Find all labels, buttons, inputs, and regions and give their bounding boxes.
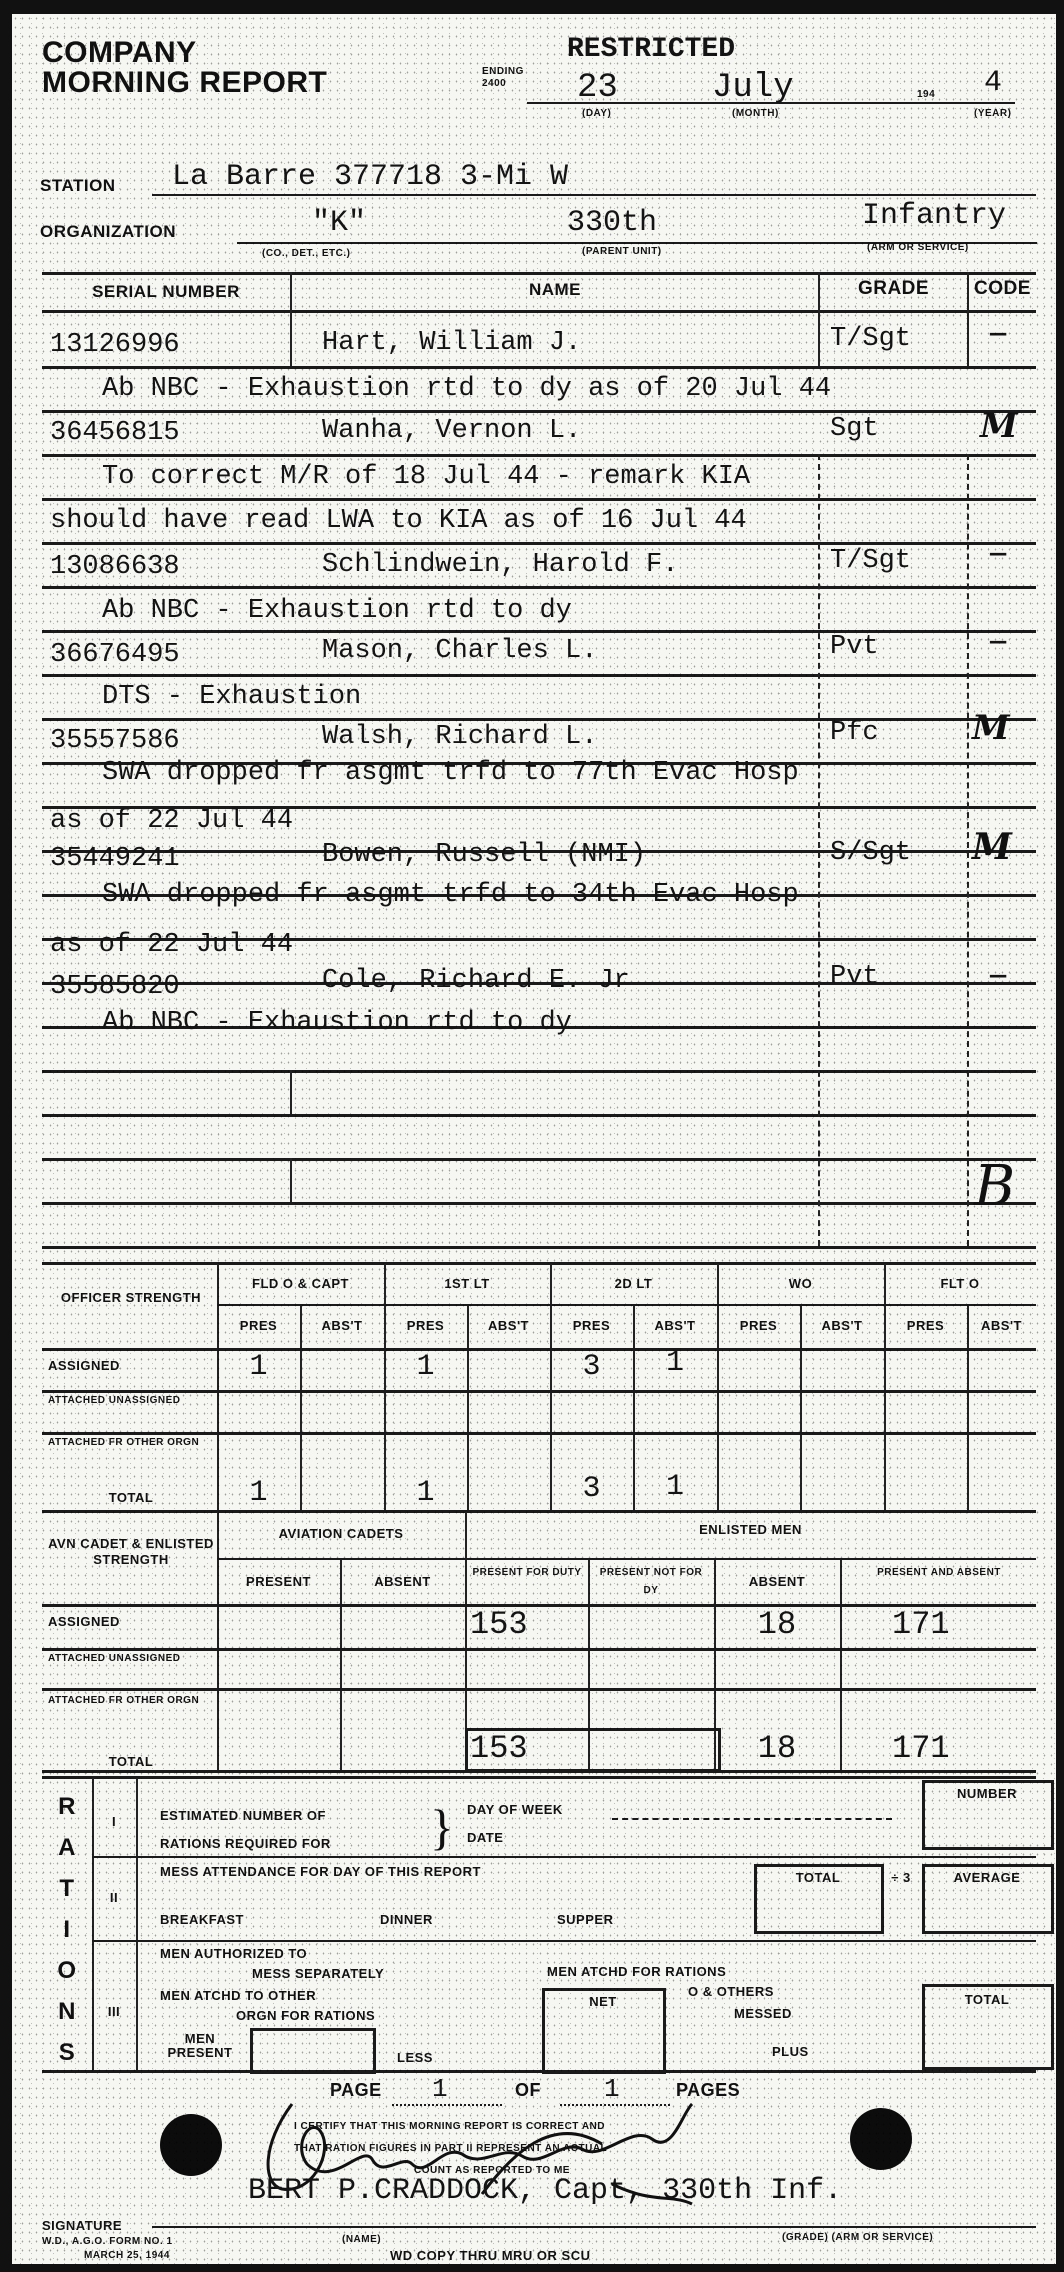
entry-remark: should have read LWA to KIA as of 16 Jul… xyxy=(50,506,747,536)
divider xyxy=(42,1510,1036,1513)
officer-assigned-value: 1 xyxy=(633,1346,717,1380)
organization-label: ORGANIZATION xyxy=(40,222,176,242)
rule-line xyxy=(42,1246,1036,1249)
entry-serial: 36456815 xyxy=(50,418,180,448)
officer-group-header: 1ST LT xyxy=(384,1276,550,1291)
officer-assigned-value: 1 xyxy=(384,1350,467,1384)
rule-line xyxy=(42,498,1036,501)
enlisted-strength-title: AVN CADET & ENLISTED STRENGTH xyxy=(46,1536,216,1568)
rule-line xyxy=(42,454,1036,457)
part-num: III xyxy=(92,2004,136,2019)
rule-line xyxy=(42,410,1036,413)
entry-remark: SWA dropped fr asgmt trfd to 77th Evac H… xyxy=(102,758,799,788)
rule-line xyxy=(42,542,1036,545)
subcol-abst: ABS'T xyxy=(467,1318,550,1333)
entry-code: M xyxy=(972,826,1012,868)
divider xyxy=(42,1432,1036,1435)
grade-caption: (GRADE) (ARM OR SERVICE) xyxy=(782,2232,933,2243)
rule-line xyxy=(42,366,1036,369)
rule-line xyxy=(42,586,1036,589)
supper-label: SUPPER xyxy=(557,1912,613,1927)
mess-separately-1: MEN AUTHORIZED TO xyxy=(160,1946,307,1961)
dinner-label: DINNER xyxy=(380,1912,433,1927)
entry-grade: Pvt xyxy=(830,632,879,662)
station-label: STATION xyxy=(40,176,116,196)
officer-assigned-value: 3 xyxy=(550,1350,633,1384)
report-month: July xyxy=(712,69,794,107)
officer-group-header: WO xyxy=(717,1276,884,1291)
officer-total-value: 1 xyxy=(217,1476,300,1510)
entry-code: — xyxy=(990,540,1006,570)
breakfast-label: BREAKFAST xyxy=(160,1912,244,1927)
rations-side-label: R A T I O N S xyxy=(42,1786,92,2073)
entry-serial: 35449241 xyxy=(50,844,180,874)
entry-code: M xyxy=(980,406,1018,446)
enlisted-group-header: ENLISTED MEN xyxy=(465,1522,1036,1537)
col-cadets-present: PRESENT xyxy=(217,1574,340,1589)
divider xyxy=(136,1778,138,2070)
entry-code: M xyxy=(972,708,1010,748)
entry-serial: 35557586 xyxy=(50,726,180,756)
col-present-and-absent: PRESENT AND ABSENT xyxy=(844,1564,1034,1582)
average-box-label: AVERAGE xyxy=(924,1870,1050,1885)
entry-serial: 36676495 xyxy=(50,640,180,670)
col-divider-name-lower xyxy=(818,454,820,1246)
divider xyxy=(800,1304,802,1510)
form-date: MARCH 25, 1944 xyxy=(84,2250,170,2261)
subcol-pres: PRES xyxy=(217,1318,300,1333)
entry-code: — xyxy=(990,628,1006,658)
form-number: W.D., A.G.O. FORM NO. 1 xyxy=(42,2236,173,2247)
divider xyxy=(42,1688,1036,1691)
officer-group-header: FLT O xyxy=(884,1276,1036,1291)
col-present-for-duty: PRESENT FOR DUTY xyxy=(470,1564,584,1582)
divider xyxy=(467,1304,469,1510)
entry-remark: Ab NBC - Exhaustion rtd to dy xyxy=(102,596,572,626)
divider xyxy=(340,1558,342,1770)
row-label-total: TOTAL xyxy=(46,1754,216,1769)
divide-by-three: ÷ 3 xyxy=(886,1870,916,1886)
mess-separately-2: MESS SEPARATELY xyxy=(252,1966,384,1981)
entry-remark: Ab NBC - Exhaustion rtd to dy as of 20 J… xyxy=(102,374,831,404)
side-letter: S xyxy=(42,2032,92,2073)
col-present-not-for-dy: PRESENT NOT FOR DY xyxy=(592,1564,710,1600)
entry-grade: Pfc xyxy=(830,718,879,748)
divider xyxy=(384,1264,386,1510)
mess-attendance-label: MESS ATTENDANCE FOR DAY OF THIS REPORT xyxy=(160,1864,481,1879)
col-divider-grade-lower xyxy=(967,454,969,1246)
ending-label-1: ENDING xyxy=(482,66,524,78)
org-company: "K" xyxy=(312,206,366,240)
col-header-name: NAME xyxy=(292,280,818,300)
entry-code: — xyxy=(990,962,1006,992)
rule-line xyxy=(42,718,1036,721)
enlisted-total-present-duty: 153 xyxy=(470,1730,528,1767)
entry-name: Cole, Richard E. Jr xyxy=(322,966,630,996)
rations-top xyxy=(42,1776,1036,1779)
col-enlisted-absent: ABSENT xyxy=(714,1574,840,1589)
col-divider-serial-lower xyxy=(290,1158,292,1202)
plus-label: PLUS xyxy=(772,2044,809,2059)
entry-serial: 35585820 xyxy=(50,972,180,1002)
org-parent-unit: 330th xyxy=(567,206,657,240)
entry-remark: DTS - Exhaustion xyxy=(102,682,361,712)
divider xyxy=(717,1264,719,1510)
entry-remark: as of 22 Jul 44 xyxy=(50,930,293,960)
enlisted-assigned-absent: 18 xyxy=(714,1606,840,1643)
side-letter: N xyxy=(42,1991,92,2032)
station-underline xyxy=(152,194,1036,196)
enlisted-total-absent: 18 xyxy=(714,1730,840,1767)
subcol-abst: ABS'T xyxy=(967,1318,1036,1333)
mess-total-label: TOTAL xyxy=(756,1870,880,1885)
divider xyxy=(42,1648,1036,1651)
entry-grade: S/Sgt xyxy=(830,838,911,868)
col-header-serial: SERIAL NUMBER xyxy=(42,282,290,302)
rule-line xyxy=(42,1114,1036,1117)
col-divider-serial-lower xyxy=(290,1070,292,1114)
atchd-rations-label: MEN ATCHD FOR RATIONS xyxy=(547,1964,726,1979)
entry-remark: as of 22 Jul 44 xyxy=(50,806,293,836)
others-messed-2: MESSED xyxy=(734,2006,792,2021)
day-of-week-label: DAY OF WEEK xyxy=(467,1802,563,1817)
col-header-code: CODE xyxy=(969,278,1036,300)
form-title: COMPANY MORNING REPORT xyxy=(42,38,327,98)
entry-name: Bowen, Russell (NMI) xyxy=(322,840,646,870)
ending-label-2: 2400 xyxy=(482,78,524,90)
roster-top-border xyxy=(42,272,1036,275)
subcol-abst: ABS'T xyxy=(300,1318,384,1333)
subcol-pres: PRES xyxy=(550,1318,633,1333)
officer-table-top xyxy=(42,1262,1036,1265)
divider xyxy=(217,1512,219,1770)
number-box-label: NUMBER xyxy=(924,1786,1050,1801)
enlisted-total-total: 171 xyxy=(892,1730,950,1767)
form-title-line2: MORNING REPORT xyxy=(42,68,327,98)
rule-line xyxy=(42,1158,1036,1161)
subcol-pres: PRES xyxy=(384,1318,467,1333)
entry-serial: 13126996 xyxy=(50,330,180,360)
side-letter: A xyxy=(42,1827,92,1868)
row-label-attached-other: ATTACHED FR OTHER ORGN xyxy=(48,1694,208,1708)
divider xyxy=(42,1348,1036,1351)
subcol-abst: ABS'T xyxy=(633,1318,717,1333)
officer-total-value: 1 xyxy=(633,1470,717,1504)
cadets-group-header: AVIATION CADETS xyxy=(217,1526,465,1541)
side-letter: T xyxy=(42,1868,92,1909)
entry-grade: T/Sgt xyxy=(830,546,911,576)
entry-grade: Sgt xyxy=(830,414,879,444)
atchd-other-1: MEN ATCHD TO OTHER xyxy=(160,1988,316,2003)
subcol-pres: PRES xyxy=(717,1318,800,1333)
row-label-attached-other: ATTACHED FR OTHER ORGN xyxy=(48,1436,208,1450)
entry-code: — xyxy=(990,320,1006,350)
entry-name: Hart, William J. xyxy=(322,328,581,358)
year-prefix: 194 xyxy=(917,89,935,100)
subcol-abst: ABS'T xyxy=(800,1318,884,1333)
signature-line xyxy=(152,2226,1036,2228)
row-label-attached-unassigned: ATTACHED UNASSIGNED xyxy=(48,1394,208,1408)
report-year: 4 xyxy=(984,66,1002,100)
entry-grade: Pvt xyxy=(830,962,879,992)
entry-remark: Ab NBC - Exhaustion rtd to dy xyxy=(102,1008,572,1038)
binder-hole xyxy=(160,2114,222,2176)
officer-total-value: 1 xyxy=(384,1476,467,1510)
entry-name: Mason, Charles L. xyxy=(322,636,597,666)
classification-stamp: RESTRICTED xyxy=(567,34,735,65)
divider xyxy=(92,1940,1036,1942)
col-header-grade: GRADE xyxy=(820,278,967,300)
binder-hole xyxy=(850,2108,912,2170)
col-cadets-absent: ABSENT xyxy=(340,1574,465,1589)
officer-total-value: 3 xyxy=(550,1472,633,1506)
entry-grade: T/Sgt xyxy=(830,324,911,354)
rations-bottom xyxy=(42,2070,1036,2073)
part-num: I xyxy=(92,1814,136,1829)
entry-name: Walsh, Richard L. xyxy=(322,722,597,752)
others-messed-1: O & OTHERS xyxy=(688,1984,774,1999)
rations-total-label: TOTAL xyxy=(924,1992,1050,2007)
divider xyxy=(840,1558,842,1770)
atchd-other-2: ORGN FOR RATIONS xyxy=(236,2008,375,2023)
officer-group-header: 2D LT xyxy=(550,1276,717,1291)
divider xyxy=(217,1558,1036,1560)
row-label-assigned: ASSIGNED xyxy=(48,1358,120,1373)
report-day: 23 xyxy=(577,69,618,107)
day-of-week-field[interactable] xyxy=(612,1818,892,1820)
officer-group-header: FLD O & CAPT xyxy=(217,1276,384,1291)
less-label: LESS xyxy=(397,2050,433,2065)
part-num: II xyxy=(92,1890,136,1905)
enlisted-assigned-total: 171 xyxy=(892,1606,950,1643)
divider xyxy=(884,1264,886,1510)
row-label-total: TOTAL xyxy=(46,1490,216,1505)
year-caption: (YEAR) xyxy=(974,108,1011,119)
name-caption: (NAME) xyxy=(342,2234,381,2245)
officer-strength-title: OFFICER STRENGTH xyxy=(46,1290,216,1306)
org-company-caption: (CO., DET., ETC.) xyxy=(262,248,351,259)
part1-label-2: RATIONS REQUIRED FOR xyxy=(160,1830,331,1858)
signature-label: SIGNATURE xyxy=(42,2218,122,2233)
month-caption: (MONTH) xyxy=(732,108,779,119)
men-present-box[interactable] xyxy=(250,2028,376,2074)
brace-icon: } xyxy=(430,1802,454,1852)
date-label: DATE xyxy=(467,1830,503,1845)
part1-label-1: ESTIMATED NUMBER OF xyxy=(160,1802,331,1830)
rule-line xyxy=(42,630,1036,633)
men-present-label: MEN PRESENT xyxy=(152,2032,248,2060)
day-caption: (DAY) xyxy=(582,108,611,119)
org-arm-caption: (ARM OR SERVICE) xyxy=(867,242,969,253)
margin-mark: B xyxy=(974,1154,1015,1219)
roster-header-border xyxy=(42,310,1036,313)
row-label-attached-unassigned: ATTACHED UNASSIGNED xyxy=(48,1652,208,1666)
divider xyxy=(967,1304,969,1510)
divider xyxy=(42,1604,1036,1607)
subcol-pres: PRES xyxy=(884,1318,967,1333)
rule-line xyxy=(42,674,1036,677)
row-label-assigned: ASSIGNED xyxy=(48,1614,120,1629)
rule-line xyxy=(42,1202,1036,1205)
net-box-label: NET xyxy=(544,1994,662,2009)
entry-remark: To correct M/R of 18 Jul 44 - remark KIA xyxy=(102,462,750,492)
entry-name: Schlindwein, Harold F. xyxy=(322,550,678,580)
station-value: La Barre 377718 3-Mi W xyxy=(172,160,568,194)
rule-line xyxy=(42,1070,1036,1073)
signer-name: BERT P.CRADDOCK, Capt, 330th Inf. xyxy=(248,2174,842,2208)
side-letter: R xyxy=(42,1786,92,1827)
ending-label: ENDING 2400 xyxy=(482,66,524,90)
divider xyxy=(217,1304,1036,1306)
form-title-line1: COMPANY xyxy=(42,38,327,68)
entry-remark: SWA dropped fr asgmt trfd to 34th Evac H… xyxy=(102,880,799,910)
entry-serial: 13086638 xyxy=(50,552,180,582)
enlisted-assigned-present-duty: 153 xyxy=(470,1606,528,1643)
divider xyxy=(42,1390,1036,1393)
divider xyxy=(300,1304,302,1510)
org-arm: Infantry xyxy=(862,199,1006,233)
side-letter: I xyxy=(42,1909,92,1950)
morning-report-form: COMPANY MORNING REPORT RESTRICTED ENDING… xyxy=(12,14,1056,2264)
side-letter: O xyxy=(42,1950,92,1991)
divider xyxy=(217,1264,219,1510)
part1-label: ESTIMATED NUMBER OF RATIONS REQUIRED FOR xyxy=(160,1802,331,1858)
org-parent-caption: (PARENT UNIT) xyxy=(582,246,662,257)
entry-name: Wanha, Vernon L. xyxy=(322,416,581,446)
copy-note: WD COPY THRU MRU OR SCU xyxy=(390,2248,590,2263)
officer-assigned-value: 1 xyxy=(217,1350,300,1384)
